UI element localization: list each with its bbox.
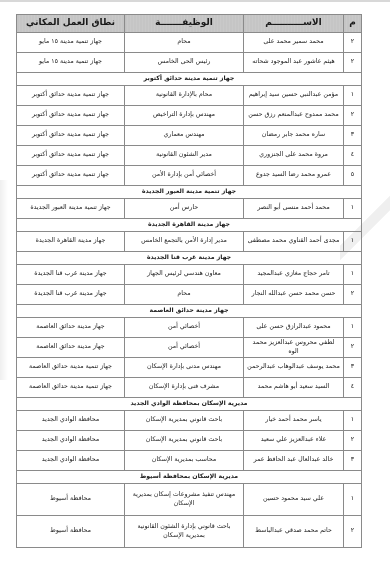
row-number: ٢: [344, 431, 362, 451]
person-name: حسن محمد حسن عبدالله النجار: [244, 285, 344, 305]
job-title: محام: [125, 33, 244, 53]
person-name: لطفي محروس عبدالعزيز محمد الوه: [244, 338, 344, 358]
job-title: مدير الشئون القانونية: [125, 146, 244, 166]
person-name: هيثم عاشور عبد الموجود شحاته: [244, 53, 344, 73]
work-scope: محافظة أسيوط: [17, 516, 125, 548]
work-scope: جهاز تنمية مدينة حدائق العاصمة: [17, 378, 125, 398]
person-name: علاء عبدالعزيز علي سعيد: [244, 431, 344, 451]
person-name: ساره محمد جابر رمضان: [244, 126, 344, 146]
row-number: ٣: [344, 451, 362, 471]
header-num: م: [344, 15, 362, 33]
job-title: حارس أمن: [125, 199, 244, 219]
header-scope: نطاق العمل المكاني: [17, 15, 125, 33]
job-title: باحث قانوني بمديرية الإسكان: [125, 431, 244, 451]
section-title: جهاز تنمية مدينة حدائق أكتوبر: [17, 73, 362, 86]
person-name: محمد أحمد منسى أبو النصر: [244, 199, 344, 219]
person-name: مؤمن عبدالنبي حسين سيد إبراهيم: [244, 86, 344, 106]
section-header-row: جهاز مدينة القاهرة الجديدة: [17, 219, 362, 232]
row-number: ١: [344, 232, 362, 252]
person-name: مجدى أحمد القناوي محمد مصطفى: [244, 232, 344, 252]
row-number: ٢: [344, 106, 362, 126]
row-number: ٣: [344, 126, 362, 146]
person-name: محمد يوسف عبدالوهاب عبدالرحمن: [244, 358, 344, 378]
job-title: محام: [125, 285, 244, 305]
job-title: أخصائي أمن بإدارة الأمن: [125, 166, 244, 186]
section-header-row: مديرية الإسكان بمحافظة الوادي الجديد: [17, 398, 362, 411]
person-name: تامر حجاج مغازي عبدالمجيد: [244, 265, 344, 285]
work-scope: محافظة أسيوط: [17, 484, 125, 516]
header-job: الوظيفـــــــة: [125, 15, 244, 33]
work-scope: جهاز مدينة حدائق العاصمة: [17, 338, 125, 358]
row-number: ١: [344, 199, 362, 219]
appointments-table: م الاســــــــــم الوظيفـــــــة نطاق ال…: [16, 14, 362, 548]
row-number: ١: [344, 86, 362, 106]
job-title: مهندس تنفيذ مشروعات إسكان بمديرية الإسكا…: [125, 484, 244, 516]
job-title: مهندس بإدارة التراخيص: [125, 106, 244, 126]
table-row: ١تامر حجاج مغازي عبدالمجيدمعاون هندسي لر…: [17, 265, 362, 285]
job-title: محام بالإدارة القانونية: [125, 86, 244, 106]
work-scope: جهاز تنمية مدينة العبور الجديدة: [17, 199, 125, 219]
work-scope: جهاز مدينة القاهرة الجديدة: [17, 232, 125, 252]
job-title: رئيس الحى الخامس: [125, 53, 244, 73]
table-row: ٣محمد يوسف عبدالوهاب عبدالرحمنمهندس مدنى…: [17, 358, 362, 378]
section-title: جهاز مدينة حدائق العاصمة: [17, 305, 362, 318]
work-scope: جهاز مدينة غرب قنا الجديدة: [17, 285, 125, 305]
section-title: جهاز تنمية مدينة العبور الجديدة: [17, 186, 362, 199]
table-row: ١محمد أحمد منسى أبو النصرحارس أمنجهاز تن…: [17, 199, 362, 219]
job-title: مشرف فنى بإدارة الإسكان: [125, 378, 244, 398]
work-scope: جهاز مدينة غرب قنا الجديدة: [17, 265, 125, 285]
work-scope: جهاز تنمية مدينة حدائق أكتوبر: [17, 166, 125, 186]
work-scope: جهاز تنمية مدينة حدائق العاصمة: [17, 358, 125, 378]
table-row: ٢حاتم محمد صدقي عبدالباسطباحث قانوني بإد…: [17, 516, 362, 548]
work-scope: جهاز تنمية مدينة ١٥ مايو: [17, 33, 125, 53]
section-header-row: جهاز تنمية مدينة حدائق أكتوبر: [17, 73, 362, 86]
table-row: ٢علاء عبدالعزيز علي سعيدباحث قانوني بمدي…: [17, 431, 362, 451]
section-title: جهاز مدينة القاهرة الجديدة: [17, 219, 362, 232]
table-row: ٣خالد عبدالعال عبد الحافظ عمرمحاسب بمدير…: [17, 451, 362, 471]
work-scope: جهاز تنمية مدينة حدائق أكتوبر: [17, 126, 125, 146]
row-number: ١: [344, 265, 362, 285]
row-number: ٤: [344, 378, 362, 398]
work-scope: محافظة الوادي الجديد: [17, 431, 125, 451]
person-name: السيد سعيد أبو هاشم محمد: [244, 378, 344, 398]
job-title: باحث قانوني بمديرية الإسكان: [125, 411, 244, 431]
row-number: ١: [344, 484, 362, 516]
header-name: الاســــــــــم: [244, 15, 344, 33]
job-title: معاون هندسي لرئيس الجهاز: [125, 265, 244, 285]
table-row: ٢حسن محمد حسن عبدالله النجارمحامجهاز مدي…: [17, 285, 362, 305]
row-number: ٢: [344, 285, 362, 305]
job-title: مهندس معماري: [125, 126, 244, 146]
job-title: أخصائي أمن: [125, 318, 244, 338]
section-header-row: مديرية الإسكان بمحافظة أسيوط: [17, 471, 362, 484]
section-header-row: جهاز مدينة حدائق العاصمة: [17, 305, 362, 318]
section-title: جهاز مدينة غرب قنا الجديدة: [17, 252, 362, 265]
table-row: ٢لطفي محروس عبدالعزيز محمد الوهأخصائي أم…: [17, 338, 362, 358]
person-name: محمد ممدوح عبدالمنعم رزق حسن: [244, 106, 344, 126]
work-scope: جهاز مدينة حدائق العاصمة: [17, 318, 125, 338]
table-row: ٣ساره محمد جابر رمضانمهندس معماريجهاز تن…: [17, 126, 362, 146]
table-row: ١مؤمن عبدالنبي حسين سيد إبراهيممحام بالإ…: [17, 86, 362, 106]
scan-shadow: [0, 180, 8, 380]
work-scope: محافظة الوادي الجديد: [17, 451, 125, 471]
job-title: باحث قانوني بإدارة الشئون القانونية بمدي…: [125, 516, 244, 548]
job-title: محاسب بمديرية الإسكان: [125, 451, 244, 471]
job-title: مهندس مدنى بإدارة الإسكان: [125, 358, 244, 378]
work-scope: جهاز تنمية مدينة حدائق أكتوبر: [17, 106, 125, 126]
table-body: ٢محمد سمير محمد علىمحامجهاز تنمية مدينة …: [17, 33, 362, 548]
section-header-row: جهاز تنمية مدينة العبور الجديدة: [17, 186, 362, 199]
person-name: محمود عبدالرازق حسن على: [244, 318, 344, 338]
table-row: ١محمود عبدالرازق حسن علىأخصائي أمنجهاز م…: [17, 318, 362, 338]
work-scope: محافظة الوادي الجديد: [17, 411, 125, 431]
page-top-border: [0, 0, 390, 2]
table-row: ١ياسر محمد أحمد خيارباحث قانوني بمديرية …: [17, 411, 362, 431]
work-scope: جهاز تنمية مدينة حدائق أكتوبر: [17, 86, 125, 106]
table-row: ٢محمد سمير محمد علىمحامجهاز تنمية مدينة …: [17, 33, 362, 53]
section-title: مديرية الإسكان بمحافظة الوادي الجديد: [17, 398, 362, 411]
table-row: ١مجدى أحمد القناوي محمد مصطفىمدير إدارة …: [17, 232, 362, 252]
table-row: ٤السيد سعيد أبو هاشم محمدمشرف فنى بإدارة…: [17, 378, 362, 398]
row-number: ٢: [344, 516, 362, 548]
person-name: حاتم محمد صدقي عبدالباسط: [244, 516, 344, 548]
work-scope: جهاز تنمية مدينة ١٥ مايو: [17, 53, 125, 73]
job-title: أخصائي أمن: [125, 338, 244, 358]
job-title: مدير إدارة الأمن بالتجمع الخامس: [125, 232, 244, 252]
row-number: ٥: [344, 166, 362, 186]
table-row: ٤مروة محمد على الجنزوريمدير الشئون القان…: [17, 146, 362, 166]
table-row: ٥عمرو محمد رضا السيد جدوعأخصائي أمن بإدا…: [17, 166, 362, 186]
section-header-row: جهاز مدينة غرب قنا الجديدة: [17, 252, 362, 265]
person-name: علي سيد محمود حسين: [244, 484, 344, 516]
table-row: ١علي سيد محمود حسينمهندس تنفيذ مشروعات إ…: [17, 484, 362, 516]
row-number: ٢: [344, 33, 362, 53]
person-name: مروة محمد على الجنزوري: [244, 146, 344, 166]
person-name: محمد سمير محمد على: [244, 33, 344, 53]
table-header-row: م الاســــــــــم الوظيفـــــــة نطاق ال…: [17, 15, 362, 33]
row-number: ١: [344, 318, 362, 338]
row-number: ١: [344, 411, 362, 431]
row-number: ٤: [344, 146, 362, 166]
row-number: ٣: [344, 358, 362, 378]
person-name: خالد عبدالعال عبد الحافظ عمر: [244, 451, 344, 471]
person-name: عمرو محمد رضا السيد جدوع: [244, 166, 344, 186]
table-row: ٢محمد ممدوح عبدالمنعم رزق حسنمهندس بإدار…: [17, 106, 362, 126]
row-number: ٢: [344, 338, 362, 358]
table-row: ٢هيثم عاشور عبد الموجود شحاتهرئيس الحى ا…: [17, 53, 362, 73]
row-number: ٢: [344, 53, 362, 73]
work-scope: جهاز تنمية مدينة حدائق أكتوبر: [17, 146, 125, 166]
section-title: مديرية الإسكان بمحافظة أسيوط: [17, 471, 362, 484]
person-name: ياسر محمد أحمد خيار: [244, 411, 344, 431]
